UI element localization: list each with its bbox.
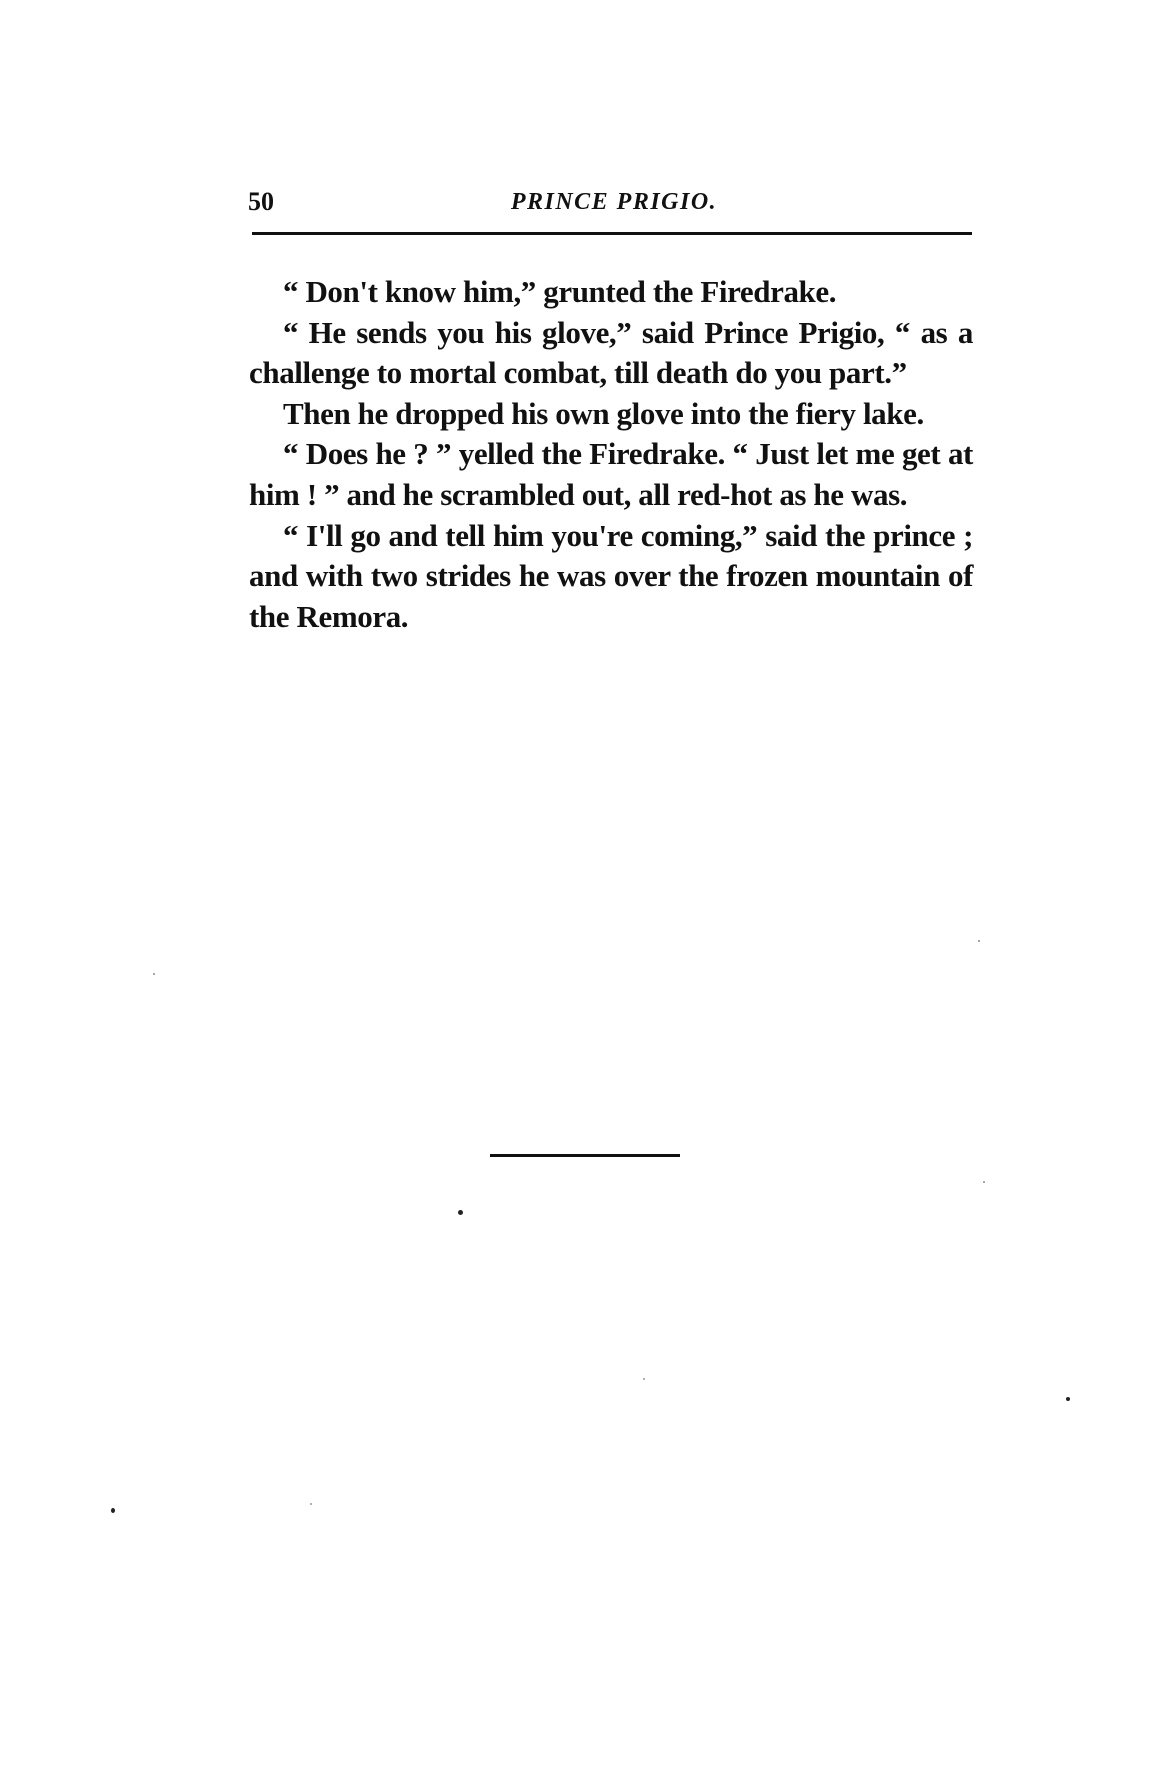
- running-head: 50 PRINCE PRIGIO.: [248, 186, 972, 218]
- chapter-end-rule: [490, 1154, 680, 1157]
- paragraph: “ I'll go and tell him you're coming,” s…: [249, 516, 973, 638]
- paragraph: Then he dropped his own glove into the f…: [249, 394, 973, 435]
- scan-speck: [983, 1181, 985, 1183]
- paragraph: “ Does he ? ” yelled the Firedrake. “ Ju…: [249, 434, 973, 515]
- scan-speck: [978, 940, 980, 942]
- scan-speck: [153, 973, 155, 975]
- header-rule: [252, 232, 972, 235]
- paragraph: “ He sends you his glove,” said Prince P…: [249, 313, 973, 394]
- scan-speck: [111, 1508, 115, 1513]
- running-title: PRINCE PRIGIO.: [248, 186, 972, 218]
- body-text: “ Don't know him,” grunted the Firedrake…: [249, 272, 973, 637]
- scan-speck: [1066, 1397, 1070, 1401]
- scan-speck: [643, 1378, 645, 1380]
- scan-speck: [458, 1210, 463, 1215]
- paragraph: “ Don't know him,” grunted the Firedrake…: [249, 272, 973, 313]
- scan-speck: [310, 1503, 312, 1505]
